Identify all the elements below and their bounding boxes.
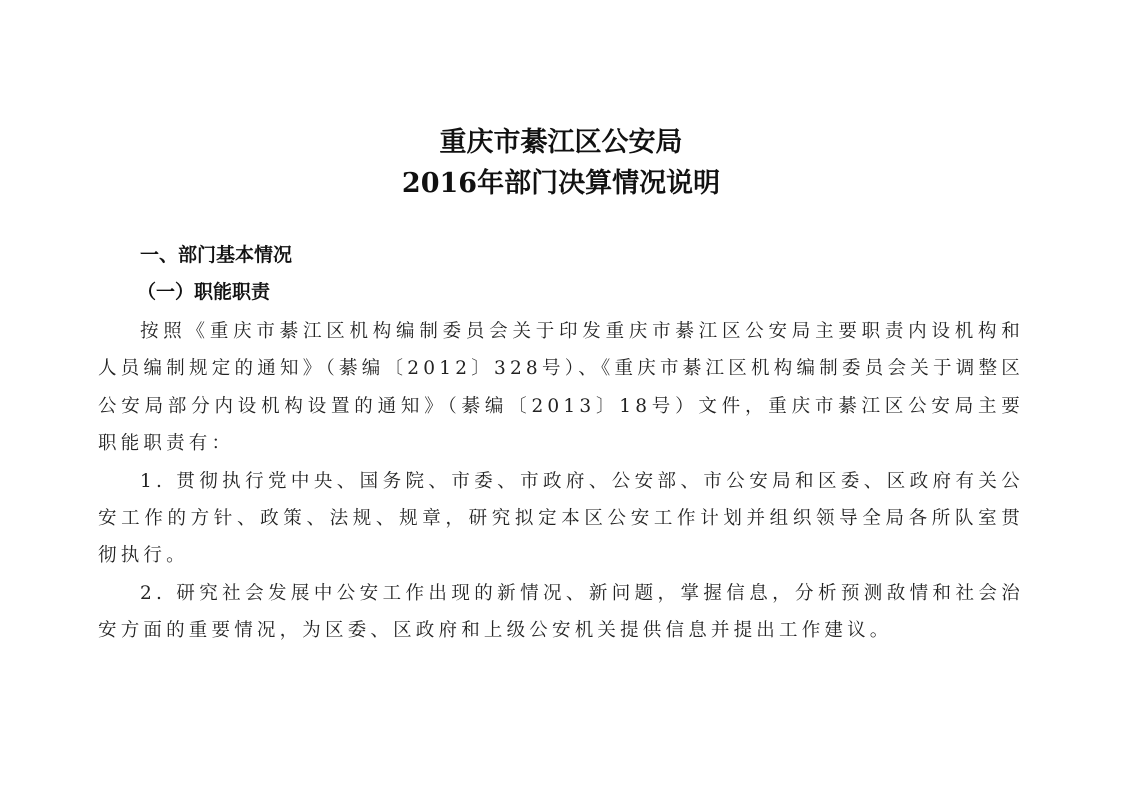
paragraph-duty-1: 1. 贯彻执行党中央、国务院、市委、市政府、公安部、市公安局和区委、区政府有关公…: [98, 463, 1024, 575]
paragraph-duty-2: 2. 研究社会发展中公安工作出现的新情况、新问题，掌握信息，分析预测敌情和社会治…: [98, 575, 1024, 650]
document-body: 按照《重庆市綦江区机构编制委员会关于印发重庆市綦江区公安局主要职责内设机构和人员…: [98, 313, 1024, 650]
document-title-line1: 重庆市綦江区公安局: [0, 120, 1122, 159]
document-title-line2: 2016年部门决算情况说明: [0, 161, 1122, 200]
document-page: 重庆市綦江区公安局 2016年部门决算情况说明 一、部门基本情况 （一）职能职责…: [0, 0, 1122, 794]
paragraph-basis: 按照《重庆市綦江区机构编制委员会关于印发重庆市綦江区公安局主要职责内设机构和人员…: [98, 313, 1024, 463]
section-heading-basic-info: 一、部门基本情况: [140, 240, 292, 267]
subsection-heading-functions: （一）职能职责: [137, 277, 270, 304]
